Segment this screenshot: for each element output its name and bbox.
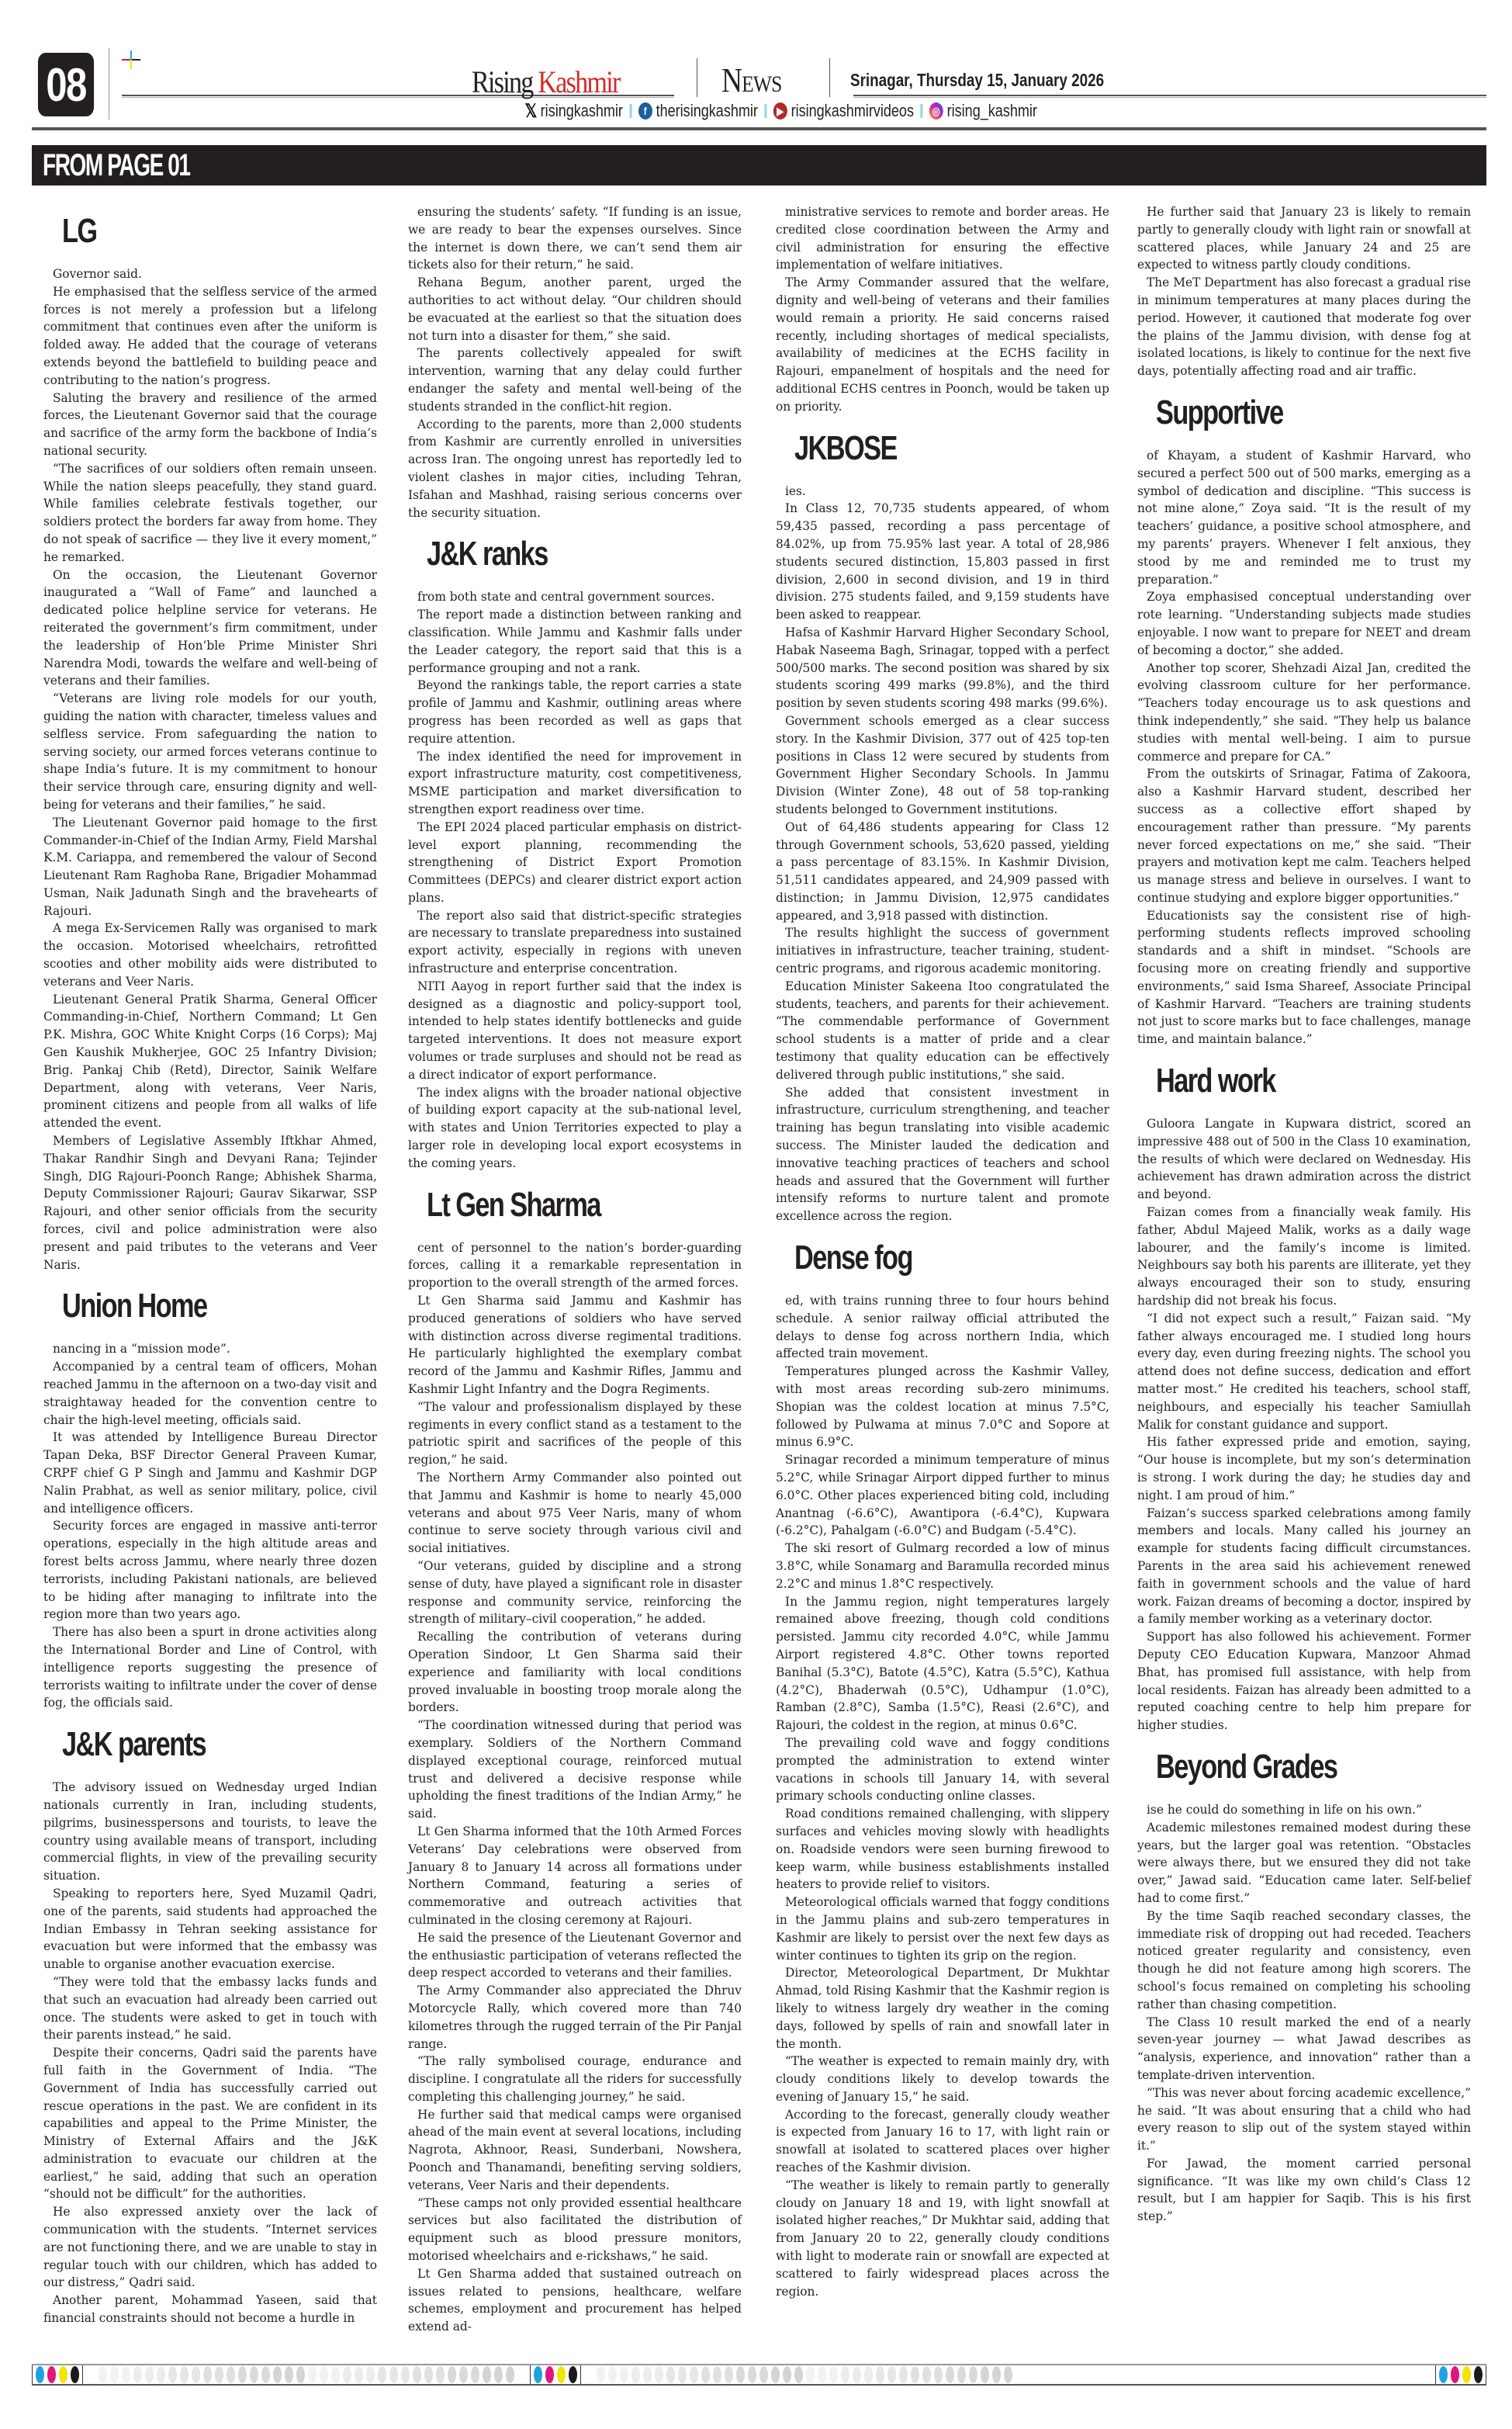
youtube-icon: ▶ [773, 102, 787, 120]
paragraph: “The weather is expected to remain mainl… [776, 2053, 1109, 2105]
paragraph: There has also been a spurt in drone act… [43, 1623, 377, 1712]
paragraph: The index identified the need for improv… [408, 748, 742, 819]
paragraph: Lt Gen Sharma said Jammu and Kashmir has… [408, 1292, 742, 1398]
gray-swatch [494, 2366, 503, 2383]
color-swatch [1439, 2366, 1448, 2383]
paragraph: “Veterans are living role models for our… [43, 690, 377, 814]
column-3: ministrative services to remote and bord… [776, 203, 1109, 2300]
paragraph: “These camps not only provided essential… [408, 2195, 742, 2265]
paragraph: ies. [776, 483, 1109, 501]
paragraph: According to the forecast, generally clo… [776, 2106, 1109, 2177]
paragraph: The Lieutenant Governor paid homage to t… [43, 814, 377, 920]
paragraph: The Army Commander assured that the welf… [776, 274, 1109, 415]
paragraph: nancing in a “mission mode”. [43, 1340, 377, 1358]
gray-swatch [448, 2366, 456, 2383]
paragraph: “This was never about forcing academic e… [1137, 2084, 1471, 2155]
gray-swatch [145, 2366, 154, 2383]
color-swatch [1451, 2366, 1459, 2383]
color-swatch [1462, 2366, 1471, 2383]
social-divider [920, 104, 922, 118]
article-dense-fog: Dense fog ed, with trains running three … [776, 1241, 1109, 2300]
gray-swatch [992, 2366, 1001, 2383]
color-swatch [569, 2366, 577, 2383]
article-continuation: ensuring the students’ safety. “If fundi… [408, 203, 742, 521]
article-heading: LG [62, 214, 308, 248]
gray-swatch [436, 2366, 445, 2383]
paragraph: Support has also followed his achievemen… [1137, 1628, 1471, 1734]
paragraph: Hafsa of Kashmir Harvard Higher Secondar… [776, 624, 1109, 712]
gray-swatch [215, 2366, 223, 2383]
paragraph: “The rally symbolised courage, endurance… [408, 2053, 742, 2105]
header-bottom-rule [32, 127, 1486, 130]
paragraph: From the outskirts of Srinagar, Fatima o… [1137, 765, 1471, 906]
color-swatch [59, 2366, 67, 2383]
print-color-bar [32, 2364, 1486, 2386]
article-union-home: Union Home nancing in a “mission mode”.A… [43, 1289, 377, 1712]
gray-swatch [110, 2366, 119, 2383]
gray-swatch [829, 2366, 838, 2383]
column-1: LG Governor said.He emphasised that the … [43, 203, 377, 2327]
paragraph: cent of personnel to the nation’s border… [408, 1239, 742, 1292]
dateline: Srinagar, Thursday 15, January 2026 [850, 70, 1104, 91]
paragraph: The Class 10 result marked the end of a … [1137, 2014, 1471, 2084]
paragraph: Meteorological officials warned that fog… [776, 1894, 1109, 1964]
paragraph: The ski resort of Gulmarg recorded a low… [776, 1540, 1109, 1592]
gray-swatch [690, 2366, 698, 2383]
social-handle-facebook[interactable]: therisingkashmir [656, 101, 758, 121]
article-heading: JKBOSE [794, 431, 1040, 466]
article-body: ies.In Class 12, 70,735 students appeare… [776, 483, 1109, 1225]
article-supportive: Supportive of Khayam, a student of Kashm… [1137, 396, 1471, 1048]
paragraph: from both state and central government s… [408, 588, 742, 606]
gray-swatch [355, 2366, 363, 2383]
social-handle-x[interactable]: risingkashmir [541, 101, 623, 121]
masthead-rising: Rising [472, 64, 538, 99]
social-handles: 𝕏 risingkashmir f therisingkashmir ▶ ris… [525, 101, 1037, 121]
paragraph: Temperatures plunged across the Kashmir … [776, 1363, 1109, 1451]
paragraph: Saluting the bravery and resilience of t… [43, 390, 377, 460]
gray-swatch [203, 2366, 212, 2383]
paragraph: The report made a distinction between ra… [408, 606, 742, 677]
gray-swatch [192, 2366, 200, 2383]
article-heading: Hard work [1156, 1064, 1402, 1098]
gray-swatch [864, 2366, 873, 2383]
section-banner-label: FROM PAGE 01 [43, 148, 190, 183]
gray-swatch [133, 2366, 142, 2383]
paragraph: Recalling the contribution of veterans d… [408, 1628, 742, 1717]
paragraph: The Army Commander also appreciated the … [408, 1982, 742, 2053]
gray-swatch [424, 2366, 433, 2383]
paragraph: The index aligns with the broader nation… [408, 1084, 742, 1173]
gray-swatch [389, 2366, 398, 2383]
gray-swatch [331, 2366, 340, 2383]
gray-swatch [981, 2366, 989, 2383]
gray-swatch [320, 2366, 328, 2383]
page-number-badge: 08 [38, 53, 94, 116]
paragraph: Road conditions remained challenging, wi… [776, 1805, 1109, 1894]
article-lt-gen-sharma: Lt Gen Sharma cent of personnel to the n… [408, 1188, 742, 2336]
gray-swatch [853, 2366, 861, 2383]
gray-swatch [366, 2366, 375, 2383]
paragraph: The EPI 2024 placed particular emphasis … [408, 819, 742, 907]
gray-swatch [1004, 2366, 1012, 2383]
paragraph: By the time Saqib reached secondary clas… [1137, 1908, 1471, 2014]
paragraph: Rehana Begum, another parent, urged the … [408, 274, 742, 345]
paragraph: She added that consistent investment in … [776, 1084, 1109, 1225]
paragraph: It was attended by Intelligence Bureau D… [43, 1429, 377, 1517]
gray-swatch [401, 2366, 410, 2383]
article-body: Governor said.He emphasised that the sel… [43, 265, 377, 1273]
gray-swatch [946, 2366, 954, 2383]
paragraph: Lt Gen Sharma added that sustained outre… [408, 2265, 742, 2336]
paragraph: of Khayam, a student of Kashmir Harvard,… [1137, 447, 1471, 588]
gray-swatch [957, 2366, 966, 2383]
section-label-rest: EWS [742, 71, 781, 97]
article-heading: Supportive [1156, 396, 1402, 430]
gray-swatch [471, 2366, 479, 2383]
gray-swatch [911, 2366, 919, 2383]
gray-swatch [876, 2366, 884, 2383]
color-swatch [1474, 2366, 1483, 2383]
gray-swatch [459, 2366, 468, 2383]
paragraph: ed, with trains running three to four ho… [776, 1292, 1109, 1363]
social-handle-youtube[interactable]: risingkashmirvideos [791, 101, 914, 121]
registration-mark-icon [122, 50, 142, 71]
gray-swatch [725, 2366, 733, 2383]
article-body: ed, with trains running three to four ho… [776, 1292, 1109, 2300]
section-label-news: NEWS [721, 61, 781, 100]
gray-swatch [308, 2366, 317, 2383]
paragraph: Faizan’s success sparked celebrations am… [1137, 1505, 1471, 1629]
paragraph: “The valour and professionalism displaye… [408, 1398, 742, 1469]
social-handle-instagram[interactable]: rising_kashmir [947, 101, 1037, 121]
masthead-separator [697, 58, 697, 97]
social-divider [629, 104, 631, 118]
paragraph: ministrative services to remote and bord… [776, 203, 1109, 274]
dateline-separator [829, 58, 830, 97]
color-swatch [545, 2366, 554, 2383]
color-swatch [71, 2366, 79, 2383]
paragraph: Srinagar recorded a minimum temperature … [776, 1451, 1109, 1540]
paragraph: The Northern Army Commander also pointed… [408, 1469, 742, 1558]
gray-swatch [748, 2366, 756, 2383]
article-body: Guloora Langate in Kupwara district, sco… [1137, 1115, 1471, 1734]
paragraph: ise he could do something in life on his… [1137, 1801, 1471, 1819]
paragraph: He further said that January 23 is likel… [1137, 203, 1471, 274]
paragraph: He said the presence of the Lieutenant G… [408, 1929, 742, 1982]
gray-swatch [620, 2366, 628, 2383]
gray-swatch [666, 2366, 675, 2383]
article-body: ise he could do something in life on his… [1137, 1801, 1471, 2226]
gray-step-swatches [97, 2366, 516, 2383]
paragraph: Speaking to reporters here, Syed Muzamil… [43, 1885, 377, 1973]
article-heading: Dense fog [794, 1241, 1040, 1275]
paragraph: Lt Gen Sharma informed that the 10th Arm… [408, 1823, 742, 1929]
paragraph: In the Jammu region, night temperatures … [776, 1593, 1109, 1734]
instagram-icon: ◎ [929, 102, 943, 120]
gray-swatch [506, 2366, 514, 2383]
color-swatch [36, 2366, 44, 2383]
paragraph: Educationists say the consistent rise of… [1137, 907, 1471, 1048]
article-heading: J&K ranks [427, 537, 673, 571]
header-divider [109, 48, 109, 120]
article-lg: LG Governor said.He emphasised that the … [43, 214, 377, 1273]
color-swatch [557, 2366, 566, 2383]
paragraph: “The sacrifices of our soldiers often re… [43, 460, 377, 567]
process-color-swatches [530, 2365, 581, 2384]
process-color-swatches [1435, 2365, 1486, 2384]
article-body: of Khayam, a student of Kashmir Harvard,… [1137, 447, 1471, 1048]
gray-swatch [934, 2366, 943, 2383]
paragraph: In Class 12, 70,735 students appeared, o… [776, 500, 1109, 624]
gray-swatch [655, 2366, 663, 2383]
gray-swatch [608, 2366, 617, 2383]
gray-swatch [631, 2366, 640, 2383]
paragraph: The report also said that district-speci… [408, 907, 742, 978]
article-jk-ranks: J&K ranks from both state and central go… [408, 537, 742, 1172]
paragraph: Education Minister Sakeena Itoo congratu… [776, 978, 1109, 1084]
gray-swatch [701, 2366, 710, 2383]
masthead-logo[interactable]: Rising Kashmir [472, 64, 620, 100]
article-beyond-grades: Beyond Grades ise he could do something … [1137, 1750, 1471, 2226]
paragraph: Accompanied by a central team of officer… [43, 1358, 377, 1429]
article-body: cent of personnel to the nation’s border… [408, 1239, 742, 2336]
gray-swatch [643, 2366, 652, 2383]
paragraph: Director, Meteorological Department, Dr … [776, 1964, 1109, 2053]
paragraph: He emphasised that the selfless service … [43, 283, 377, 390]
color-swatch [47, 2366, 56, 2383]
article-heading: Union Home [62, 1289, 308, 1323]
gray-swatch [261, 2366, 270, 2383]
article-continuation: He further said that January 23 is likel… [1137, 203, 1471, 380]
paragraph: “The coordination witnessed during that … [408, 1717, 742, 1823]
gray-swatch [759, 2366, 768, 2383]
paragraph: He further said that medical camps were … [408, 2106, 742, 2195]
paragraph: Lieutenant General Pratik Sharma, Genera… [43, 991, 377, 1132]
gray-swatch [597, 2366, 605, 2383]
paragraph: Another parent, Mohammad Yaseen, said th… [43, 2292, 377, 2327]
gray-swatch [794, 2366, 803, 2383]
paragraph: Out of 64,486 students appearing for Cla… [776, 819, 1109, 925]
gray-swatch [296, 2366, 305, 2383]
paragraph: NITI Aayog in report further said that t… [408, 978, 742, 1084]
gray-swatch [250, 2366, 258, 2383]
article-jk-parents: J&K parents The advisory issued on Wedne… [43, 1727, 377, 2327]
facebook-icon: f [638, 102, 652, 120]
gray-swatch [157, 2366, 165, 2383]
section-label-cap: N [721, 61, 742, 99]
paragraph: Guloora Langate in Kupwara district, sco… [1137, 1115, 1471, 1204]
gray-swatch [122, 2366, 130, 2383]
paragraph: Faizan comes from a financially weak fam… [1137, 1204, 1471, 1310]
paragraph: Zoya emphasised conceptual understanding… [1137, 588, 1471, 659]
gray-swatch [736, 2366, 745, 2383]
gray-step-swatches [595, 2366, 1014, 2383]
gray-swatch [713, 2366, 721, 2383]
paragraph: Members of Legislative Assembly Iftkhar … [43, 1132, 377, 1273]
gray-swatch [483, 2366, 491, 2383]
paragraph: On the occasion, the Lieutenant Governor… [43, 567, 377, 691]
paragraph: Security forces are engaged in massive a… [43, 1517, 377, 1623]
paragraph: “They were told that the embassy lacks f… [43, 1973, 377, 2044]
paragraph: “Our veterans, guided by discipline and … [408, 1558, 742, 1628]
article-hard-work: Hard work Guloora Langate in Kupwara dis… [1137, 1064, 1471, 1734]
section-banner: FROM PAGE 01 [32, 145, 1486, 185]
paragraph: Despite their concerns, Qadri said the p… [43, 2044, 377, 2203]
article-jkbose: JKBOSE ies.In Class 12, 70,735 students … [776, 431, 1109, 1225]
paragraph: A mega Ex-Servicemen Rally was organised… [43, 920, 377, 990]
gray-swatch [806, 2366, 815, 2383]
paragraph: Academic milestones remained modest duri… [1137, 1819, 1471, 1908]
paragraph: The parents collectively appealed for sw… [408, 345, 742, 415]
paragraph: “The weather is likely to remain partly … [776, 2177, 1109, 2301]
paragraph: The advisory issued on Wednesday urged I… [43, 1779, 377, 1885]
gray-swatch [841, 2366, 849, 2383]
gray-swatch [285, 2366, 293, 2383]
gray-swatch [783, 2366, 791, 2383]
article-heading: Lt Gen Sharma [427, 1188, 673, 1222]
paragraph: He also expressed anxiety over the lack … [43, 2203, 377, 2292]
gray-swatch [899, 2366, 908, 2383]
paragraph: Government schools emerged as a clear su… [776, 712, 1109, 819]
paragraph: According to the parents, more than 2,00… [408, 416, 742, 522]
gray-swatch [227, 2366, 235, 2383]
masthead-kashmir: Kashmir [538, 64, 619, 99]
article-body: The advisory issued on Wednesday urged I… [43, 1779, 377, 2327]
gray-swatch [678, 2366, 687, 2383]
article-heading: Beyond Grades [1156, 1750, 1402, 1784]
social-divider [764, 104, 766, 118]
article-heading: J&K parents [62, 1727, 308, 1762]
x-icon: 𝕏 [525, 102, 537, 120]
gray-swatch [378, 2366, 386, 2383]
gray-swatch [343, 2366, 351, 2383]
article-body: nancing in a “mission mode”.Accompanied … [43, 1340, 377, 1712]
color-swatch [534, 2366, 542, 2383]
paragraph: Another top scorer, Shehzadi Aizal Jan, … [1137, 660, 1471, 766]
paragraph: The MeT Department has also forecast a g… [1137, 274, 1471, 380]
paragraph: ensuring the students’ safety. “If fundi… [408, 203, 742, 274]
paragraph: Beyond the rankings table, the report ca… [408, 677, 742, 747]
gray-swatch [887, 2366, 896, 2383]
gray-swatch [238, 2366, 247, 2383]
gray-swatch [922, 2366, 931, 2383]
paragraph: The prevailing cold wave and foggy condi… [776, 1734, 1109, 1805]
paragraph: For Jawad, the moment carried personal s… [1137, 2155, 1471, 2226]
paragraph: His father expressed pride and emotion, … [1137, 1433, 1471, 1504]
gray-swatch [969, 2366, 977, 2383]
column-4: He further said that January 23 is likel… [1137, 203, 1471, 2226]
paragraph: “I did not expect such a result,” Faizan… [1137, 1310, 1471, 1434]
gray-swatch [273, 2366, 282, 2383]
gray-swatch [168, 2366, 177, 2383]
paragraph: Governor said. [43, 265, 377, 283]
column-2: ensuring the students’ safety. “If fundi… [408, 203, 742, 2336]
article-body: from both state and central government s… [408, 588, 742, 1172]
gray-swatch [99, 2366, 107, 2383]
header-rule-right [853, 95, 1486, 98]
process-color-swatches [32, 2365, 83, 2384]
gray-swatch [771, 2366, 780, 2383]
gray-swatch [180, 2366, 189, 2383]
paragraph: The results highlight the success of gov… [776, 924, 1109, 977]
gray-swatch [818, 2366, 826, 2383]
article-continuation: ministrative services to remote and bord… [776, 203, 1109, 416]
gray-swatch [413, 2366, 421, 2383]
